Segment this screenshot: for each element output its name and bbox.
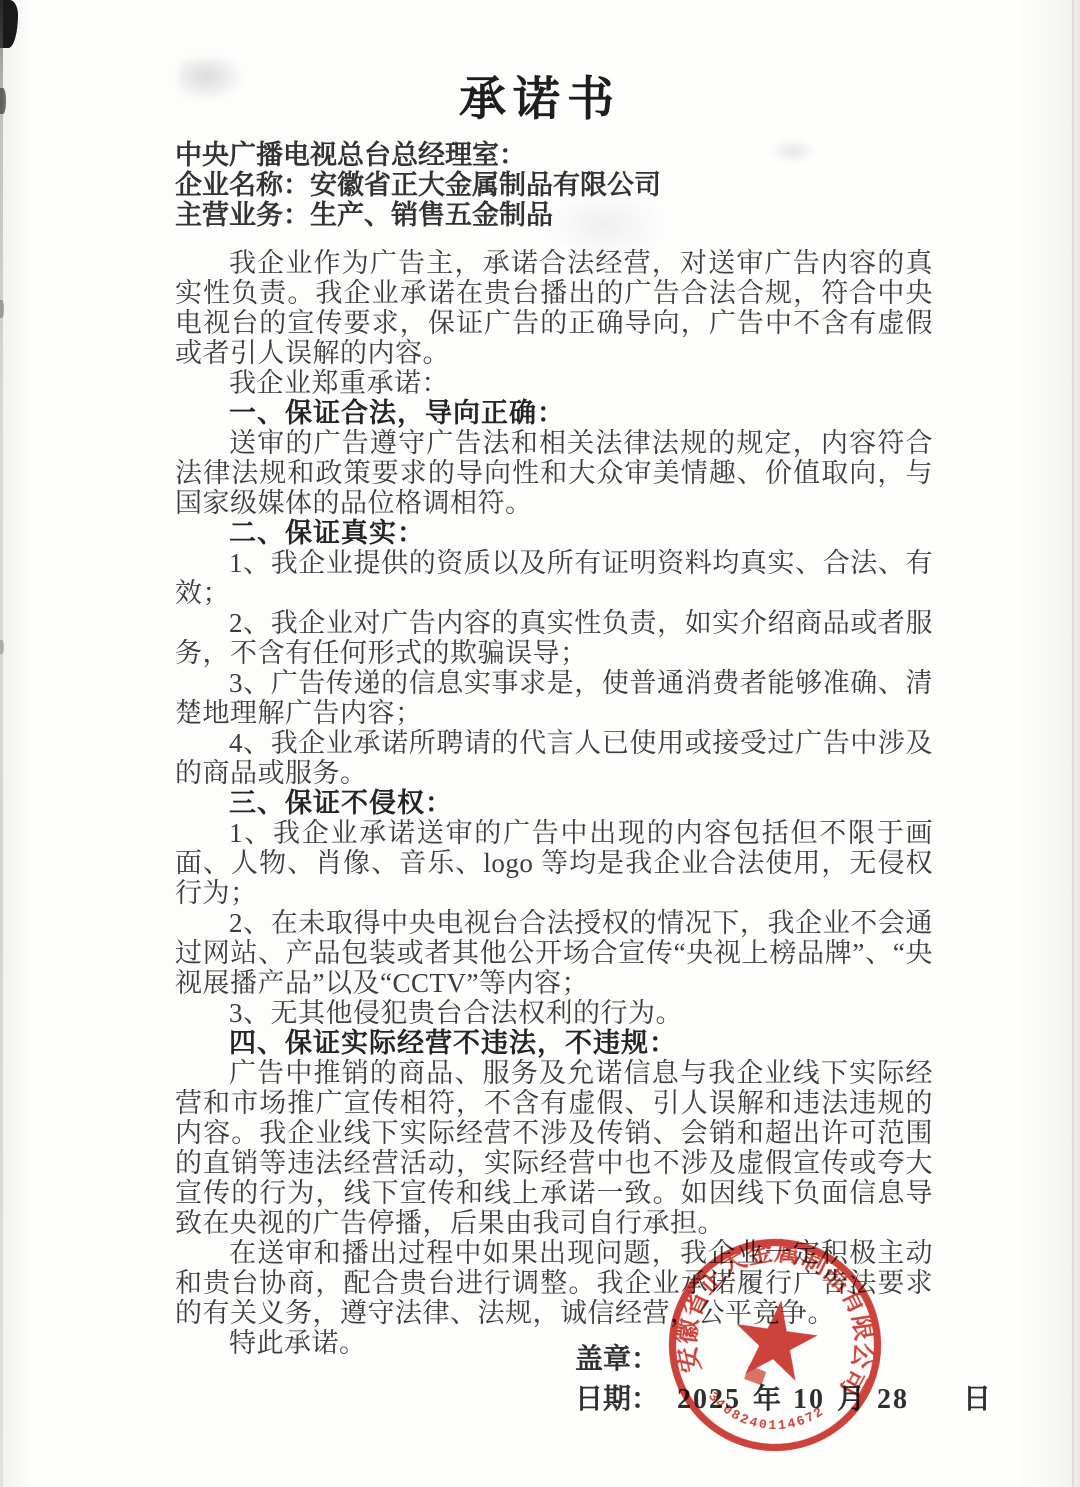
section-2-item-2: 2、我企业对广告内容的真实性负责，如实介绍商品或者服务，不含有任何形式的欺骗误导… xyxy=(175,608,933,668)
section-2-item-4: 4、我企业承诺所聘请的代言人已使用或接受过广告中涉及的商品或服务。 xyxy=(175,728,933,788)
date-year: 2025 xyxy=(677,1380,741,1420)
date-label: 日期： xyxy=(575,1380,659,1420)
scan-right-edge xyxy=(1072,0,1074,1487)
section-3-item-2: 2、在未取得中央电视台合法授权的情况下，我企业不会通过网站、产品包装或者其他公开… xyxy=(175,908,933,998)
recipient-line: 中央广播电视总台总经理室： xyxy=(175,140,933,170)
seal-label: 盖章： xyxy=(575,1340,991,1380)
section-1-paragraph: 送审的广告遵守广告法和相关法律法规的规定，内容符合法律法规和政策要求的导向性和大… xyxy=(175,428,933,518)
document-body: 中央广播电视总台总经理室： 企业名称：安徽省正大金属制品有限公司 主营业务：生产… xyxy=(175,140,933,1358)
scan-left-edge xyxy=(0,0,3,1487)
signature-block: 盖章： 日期：2025年10月28日 xyxy=(575,1340,991,1420)
document-title: 承诺书 xyxy=(0,62,1080,129)
date-day: 28 xyxy=(877,1380,909,1420)
date-month-unit: 月 xyxy=(837,1380,865,1420)
section-4-paragraph-1: 广告中推销的商品、服务及允诺信息与我企业线下实际经营和市场推广宣传相符，不含有虚… xyxy=(175,1058,933,1238)
section-3-item-3: 3、无其他侵犯贵台合法权利的行为。 xyxy=(175,998,933,1028)
section-2-item-1: 1、我企业提供的资质以及所有证明资料均真实、合法、有效； xyxy=(175,548,933,608)
pledge-lead: 我企业郑重承诺： xyxy=(175,368,933,398)
section-4-paragraph-2: 在送审和播出过程中如果出现问题，我企业一定积极主动和贵台协商，配合贵台进行调整。… xyxy=(175,1238,933,1328)
section-4-heading: 四、保证实际经营不违法，不违规： xyxy=(175,1028,933,1058)
section-2-item-3: 3、广告传递的信息实事求是，使普通消费者能够准确、清楚地理解广告内容； xyxy=(175,668,933,728)
section-1-heading: 一、保证合法，导向正确： xyxy=(175,398,933,428)
field-value: 生产、销售五金制品 xyxy=(310,200,553,230)
scan-edge-mark xyxy=(0,300,4,318)
date-line: 日期：2025年10月28日 xyxy=(575,1380,991,1420)
field-company-name: 企业名称：安徽省正大金属制品有限公司 xyxy=(175,170,933,200)
field-main-business: 主营业务：生产、销售五金制品 xyxy=(175,200,933,230)
date-month: 10 xyxy=(793,1380,825,1420)
scanned-document-page: 承诺书 中央广播电视总台总经理室： 企业名称：安徽省正大金属制品有限公司 主营业… xyxy=(0,0,1080,1487)
intro-paragraph: 我企业作为广告主，承诺合法经营，对送审广告内容的真实性负责。我企业承诺在贵台播出… xyxy=(175,248,933,368)
date-day-unit: 日 xyxy=(963,1380,991,1420)
section-2-heading: 二、保证真实： xyxy=(175,518,933,548)
section-3-heading: 三、保证不侵权： xyxy=(175,788,933,818)
scan-edge-mark xyxy=(0,640,4,654)
field-label: 主营业务： xyxy=(175,200,310,230)
date-year-unit: 年 xyxy=(753,1380,781,1420)
field-label: 企业名称： xyxy=(175,170,310,200)
field-value: 安徽省正大金属制品有限公司 xyxy=(310,170,661,200)
section-3-item-1: 1、我企业承诺送审的广告中出现的内容包括但不限于画面、人物、肖像、音乐、logo… xyxy=(175,818,933,908)
